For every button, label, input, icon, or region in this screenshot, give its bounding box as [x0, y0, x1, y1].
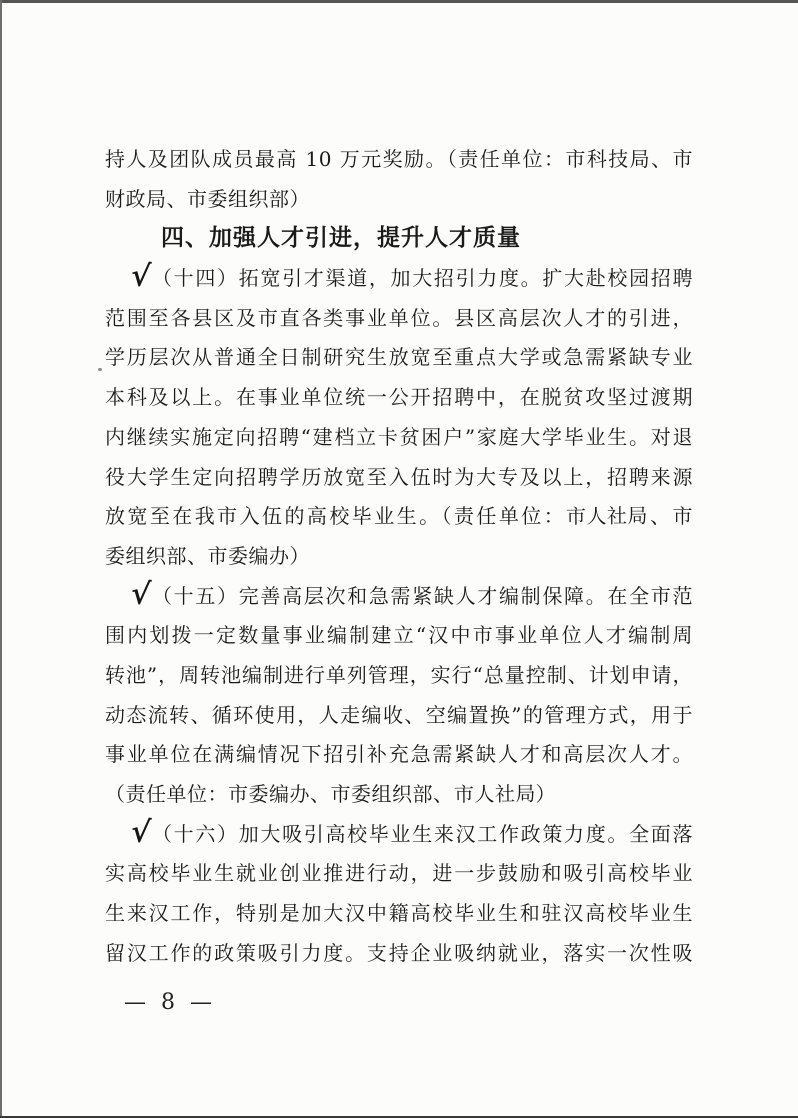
text-segment: 四、加强人才引进，提升人才质量: [161, 225, 521, 251]
scanned-document-page: 持人及团队成员最高 10 万元奖励。（责任单位：市科技局、市财政局、市委组织部）…: [0, 0, 798, 1118]
document-line: （责任单位：市委编办、市委组织部、市人社局）: [105, 775, 693, 815]
text-segment: 本科及以上。在事业单位统一公开招聘中，在脱贫攻坚过渡期: [105, 385, 693, 409]
text-segment: 动态流转、循环使用，人走编收、空编置换”的管理方式，用于: [105, 703, 693, 727]
handwritten-underline-text: 市人社局: [566, 497, 648, 537]
text-segment: （责任单位：市委编办、市委组织部、: [105, 782, 454, 806]
text-segment: 委组织部、市委编办）: [105, 544, 310, 568]
document-line: √（十五）完善高层次和急需紧缺人才编制保障。在全市范: [105, 577, 693, 617]
document-line: 范围至各县区及市直各类事业单位。县区高层次人才的引进，: [105, 299, 693, 339]
document-line: 事业单位在满编情况下招引补充急需紧缺人才和高层次人才。: [105, 735, 693, 775]
document-line: 学历层次从普通全日制研究生放宽至重点大学或急需紧缺专业: [105, 338, 693, 378]
document-line: 转池”，周转池编制进行单列管理，实行“总量控制、计划申请，: [105, 656, 693, 696]
text-segment: 转池”，周转池编制进行单列管理，实行“总量控制、计划申请，: [105, 663, 693, 687]
handwritten-checkmark-icon: √: [130, 577, 153, 615]
text-segment: 内继续实施定向招聘“建档立卡贫困户”家庭大学毕业生。对退: [105, 425, 693, 449]
document-line: 动态流转、循环使用，人走编收、空编置换”的管理方式，用于: [105, 696, 693, 736]
text-segment: ）: [536, 782, 557, 806]
handwritten-checkmark-icon: √: [130, 259, 153, 297]
text-segment: 学历层次从普通全日制研究生放宽至重点大学或急需紧缺专业: [105, 345, 693, 369]
handwritten-underline-text: 市人社局: [453, 775, 535, 815]
document-line: 放宽至在我市入伍的高校毕业生。（责任单位：市人社局、市: [105, 497, 693, 537]
document-line: 委组织部、市委编办）: [105, 537, 693, 577]
scan-edge-top: [0, 0, 798, 3]
document-body: 持人及团队成员最高 10 万元奖励。（责任单位：市科技局、市财政局、市委组织部）…: [105, 140, 693, 973]
document-line: 役大学生定向招聘学历放宽至入伍时为大专及以上，招聘来源: [105, 458, 693, 498]
text-segment: 事业单位在满编情况下招引补充急需紧缺人才和高层次人才。: [105, 742, 693, 766]
text-segment: 生来汉工作，特别是加大汉中籍高校毕业生和驻汉高校毕业生: [105, 901, 693, 925]
document-line: 内继续实施定向招聘“建档立卡贫困户”家庭大学毕业生。对退: [105, 418, 693, 458]
scan-edge-left: [0, 0, 2, 1118]
text-segment: 财政局、市委组织部）: [105, 187, 310, 211]
text-segment: 、市: [648, 504, 693, 528]
document-line: √（十四）拓宽引才渠道，加大招引力度。扩大赴校园招聘: [105, 259, 693, 299]
text-segment: 围内划拨一定数量事业编制建立“汉中市事业单位人才编制周: [105, 623, 693, 647]
text-segment: 持人及团队成员最高 10 万元奖励。（责任单位：市科技局、市: [105, 147, 693, 171]
document-line: 实高校毕业生就业创业推进行动，进一步鼓励和吸引高校毕业: [105, 854, 693, 894]
text-segment: （十六）加大吸引高校毕业生来汉工作政策力度。全面落: [152, 822, 693, 846]
text-segment: 留汉工作的政策吸引力度。支持企业吸纳就业，落实一次性吸: [105, 941, 693, 965]
document-line: √（十六）加大吸引高校毕业生来汉工作政策力度。全面落: [105, 815, 693, 855]
text-segment: 实高校毕业生就业创业推进行动，进一步鼓励和吸引高校毕业: [105, 861, 693, 885]
document-line: 围内划拨一定数量事业编制建立“汉中市事业单位人才编制周: [105, 616, 693, 656]
text-segment: 役大学生定向招聘学历放宽至入伍时为大专及以上，招聘来源: [105, 465, 693, 489]
document-line: 财政局、市委组织部）: [105, 180, 693, 220]
document-line: 本科及以上。在事业单位统一公开招聘中，在脱贫攻坚过渡期: [105, 378, 693, 418]
page-number: — 8 —: [124, 990, 216, 1015]
document-line: 生来汉工作，特别是加大汉中籍高校毕业生和驻汉高校毕业生: [105, 894, 693, 934]
document-line: 留汉工作的政策吸引力度。支持企业吸纳就业，落实一次性吸: [105, 934, 693, 974]
text-segment: 放宽至在我市入伍的高校毕业生。（责任单位：: [105, 504, 566, 528]
section-heading: 四、加强人才引进，提升人才质量: [105, 219, 693, 259]
text-segment: 范围至各县区及市直各类事业单位。县区高层次人才的引进，: [105, 306, 693, 330]
scan-noise-speck: [98, 368, 102, 371]
handwritten-checkmark-icon: √: [130, 815, 153, 853]
text-segment: （十四）拓宽引才渠道，加大招引力度。扩大赴校园招聘: [152, 266, 693, 290]
document-line: 持人及团队成员最高 10 万元奖励。（责任单位：市科技局、市: [105, 140, 693, 180]
text-segment: （十五）完善高层次和急需紧缺人才编制保障。在全市范: [152, 584, 693, 608]
